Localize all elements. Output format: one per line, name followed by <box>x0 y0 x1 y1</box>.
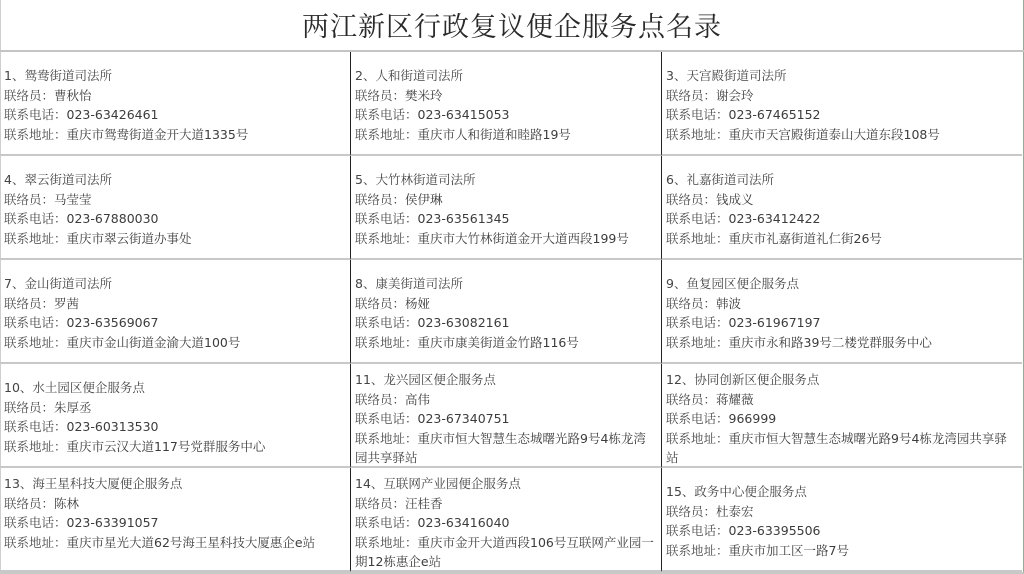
phone-value: 023-67340751 <box>418 411 510 426</box>
address-label: 联系地址： <box>4 231 67 246</box>
entry-name: 13、海王星科技大厦便企服务点 <box>4 474 350 494</box>
contact-label: 联络员： <box>666 88 716 103</box>
directory-table: 1、鸳鸯街道司法所 联络员：曹秋怡 联系电话：023-63426461 联系地址… <box>0 52 1022 572</box>
contact-value: 汪桂香 <box>405 496 443 511</box>
contact-value: 侯伊琳 <box>405 192 443 207</box>
phone-value: 966999 <box>729 411 777 426</box>
entry-cell-1: 1、鸳鸯街道司法所 联络员：曹秋怡 联系电话：023-63426461 联系地址… <box>0 52 350 156</box>
contact-value: 朱厚丞 <box>54 400 92 415</box>
address-value: 重庆市翠云街道办事处 <box>67 231 192 246</box>
address-value: 重庆市康美街道金竹路116号 <box>418 335 579 350</box>
contact-label: 联络员： <box>355 392 405 407</box>
address-label: 联系地址： <box>355 431 418 446</box>
entry-cell-12: 12、协同创新区便企服务点 联络员：蒋耀薇 联系电话：966999 联系地址：重… <box>661 364 1022 468</box>
entry-name: 2、人和街道司法所 <box>355 66 661 86</box>
phone-value: 023-61967197 <box>729 315 821 330</box>
phone-label: 联系电话： <box>355 515 418 530</box>
contact-value: 马莹莹 <box>54 192 92 207</box>
entry-cell-14: 14、互联网产业园便企服务点 联络员：汪桂香 联系电话：023-63416040… <box>350 468 661 572</box>
contact-label: 联络员： <box>666 392 716 407</box>
address-label: 联系地址： <box>666 543 729 558</box>
entry-name: 9、鱼复园区便企服务点 <box>666 274 1022 294</box>
address-label: 联系地址： <box>4 535 67 550</box>
entry-name: 1、鸳鸯街道司法所 <box>4 66 350 86</box>
phone-label: 联系电话： <box>355 411 418 426</box>
address-label: 联系地址： <box>666 231 729 246</box>
page-title: 两江新区行政复议便企服务点名录 <box>0 0 1024 52</box>
contact-label: 联络员： <box>4 296 54 311</box>
address-label: 联系地址： <box>4 127 67 142</box>
contact-label: 联络员： <box>666 504 716 519</box>
entry-cell-3: 3、天宫殿街道司法所 联络员：谢会玲 联系电话：023-67465152 联系地… <box>661 52 1022 156</box>
phone-value: 023-63391057 <box>67 515 159 530</box>
entry-name: 11、龙兴园区便企服务点 <box>355 370 661 390</box>
phone-label: 联系电话： <box>666 107 729 122</box>
phone-label: 联系电话： <box>4 107 67 122</box>
entry-cell-7: 7、金山街道司法所 联络员：罗茜 联系电话：023-63569067 联系地址：… <box>0 260 350 364</box>
phone-value: 023-67880030 <box>67 211 159 226</box>
phone-value: 023-63561345 <box>418 211 510 226</box>
address-label: 联系地址： <box>355 535 418 550</box>
contact-label: 联络员： <box>4 496 54 511</box>
phone-value: 023-63569067 <box>67 315 159 330</box>
address-label: 联系地址： <box>355 335 418 350</box>
entry-cell-9: 9、鱼复园区便企服务点 联络员：韩波 联系电话：023-61967197 联系地… <box>661 260 1022 364</box>
contact-value: 曹秋怡 <box>54 88 92 103</box>
phone-label: 联系电话： <box>355 315 418 330</box>
address-value: 重庆市星光大道62号海王星科技大厦惠企e站 <box>67 535 316 550</box>
address-value: 重庆市鸳鸯街道金开大道1335号 <box>67 127 249 142</box>
entry-cell-5: 5、大竹林街道司法所 联络员：侯伊琳 联系电话：023-63561345 联系地… <box>350 156 661 260</box>
contact-label: 联络员： <box>666 192 716 207</box>
contact-value: 杜泰宏 <box>716 504 754 519</box>
phone-label: 联系电话： <box>666 411 729 426</box>
address-value: 重庆市大竹林街道金开大道西段199号 <box>418 231 629 246</box>
entry-cell-4: 4、翠云街道司法所 联络员：马莹莹 联系电话：023-67880030 联系地址… <box>0 156 350 260</box>
contact-value: 蒋耀薇 <box>716 392 754 407</box>
phone-value: 023-60313530 <box>67 419 159 434</box>
address-value: 重庆市人和街道和睦路19号 <box>418 127 571 142</box>
entry-cell-15: 15、政务中心便企服务点 联络员：杜泰宏 联系电话：023-63395506 联… <box>661 468 1022 572</box>
entry-cell-6: 6、礼嘉街道司法所 联络员：钱成义 联系电话：023-63412422 联系地址… <box>661 156 1022 260</box>
address-value: 重庆市金山街道金渝大道100号 <box>67 335 241 350</box>
entry-name: 3、天宫殿街道司法所 <box>666 66 1022 86</box>
address-label: 联系地址： <box>666 431 729 446</box>
contact-label: 联络员： <box>4 88 54 103</box>
phone-value: 023-63416040 <box>418 515 510 530</box>
address-value: 重庆市永和路39号二楼党群服务中心 <box>729 335 932 350</box>
phone-label: 联系电话： <box>4 211 67 226</box>
entry-name: 5、大竹林街道司法所 <box>355 170 661 190</box>
entry-name: 12、协同创新区便企服务点 <box>666 370 1022 390</box>
phone-value: 023-67465152 <box>729 107 821 122</box>
phone-label: 联系电话： <box>666 211 729 226</box>
phone-label: 联系电话： <box>4 315 67 330</box>
address-value: 重庆市天宫殿街道泰山大道东段108号 <box>729 127 940 142</box>
contact-value: 谢会玲 <box>716 88 754 103</box>
contact-label: 联络员： <box>666 296 716 311</box>
phone-label: 联系电话： <box>666 523 729 538</box>
contact-value: 韩波 <box>716 296 741 311</box>
contact-label: 联络员： <box>355 192 405 207</box>
entry-cell-8: 8、康美街道司法所 联络员：杨娅 联系电话：023-63082161 联系地址：… <box>350 260 661 364</box>
address-value: 重庆市加工区一路7号 <box>729 543 849 558</box>
address-label: 联系地址： <box>4 335 67 350</box>
phone-label: 联系电话： <box>355 107 418 122</box>
phone-value: 023-63412422 <box>729 211 821 226</box>
address-label: 联系地址： <box>355 127 418 142</box>
contact-value: 杨娅 <box>405 296 430 311</box>
entry-cell-13: 13、海王星科技大厦便企服务点 联络员：陈林 联系电话：023-63391057… <box>0 468 350 572</box>
address-value: 重庆市云汉大道117号党群服务中心 <box>67 439 266 454</box>
phone-label: 联系电话： <box>355 211 418 226</box>
contact-label: 联络员： <box>355 88 405 103</box>
entry-name: 6、礼嘉街道司法所 <box>666 170 1022 190</box>
phone-label: 联系电话： <box>4 515 67 530</box>
contact-label: 联络员： <box>4 400 54 415</box>
phone-value: 023-63415053 <box>418 107 510 122</box>
phone-value: 023-63082161 <box>418 315 510 330</box>
address-label: 联系地址： <box>4 439 67 454</box>
entry-name: 8、康美街道司法所 <box>355 274 661 294</box>
contact-label: 联络员： <box>4 192 54 207</box>
address-label: 联系地址： <box>355 231 418 246</box>
contact-label: 联络员： <box>355 496 405 511</box>
contact-value: 陈林 <box>54 496 79 511</box>
entry-cell-10: 10、水土园区便企服务点 联络员：朱厚丞 联系电话：023-60313530 联… <box>0 364 350 468</box>
contact-label: 联络员： <box>355 296 405 311</box>
contact-value: 钱成义 <box>716 192 754 207</box>
contact-value: 罗茜 <box>54 296 79 311</box>
entry-name: 15、政务中心便企服务点 <box>666 482 1022 502</box>
address-label: 联系地址： <box>666 335 729 350</box>
entry-name: 14、互联网产业园便企服务点 <box>355 474 661 494</box>
phone-value: 023-63426461 <box>67 107 159 122</box>
contact-value: 高伟 <box>405 392 430 407</box>
entry-cell-2: 2、人和街道司法所 联络员：樊米玲 联系电话：023-63415053 联系地址… <box>350 52 661 156</box>
entry-cell-11: 11、龙兴园区便企服务点 联络员：高伟 联系电话：023-67340751 联系… <box>350 364 661 468</box>
phone-label: 联系电话： <box>666 315 729 330</box>
entry-name: 4、翠云街道司法所 <box>4 170 350 190</box>
entry-name: 10、水土园区便企服务点 <box>4 378 350 398</box>
contact-value: 樊米玲 <box>405 88 443 103</box>
entry-name: 7、金山街道司法所 <box>4 274 350 294</box>
address-label: 联系地址： <box>666 127 729 142</box>
phone-label: 联系电话： <box>4 419 67 434</box>
phone-value: 023-63395506 <box>729 523 821 538</box>
address-value: 重庆市礼嘉街道礼仁街26号 <box>729 231 882 246</box>
